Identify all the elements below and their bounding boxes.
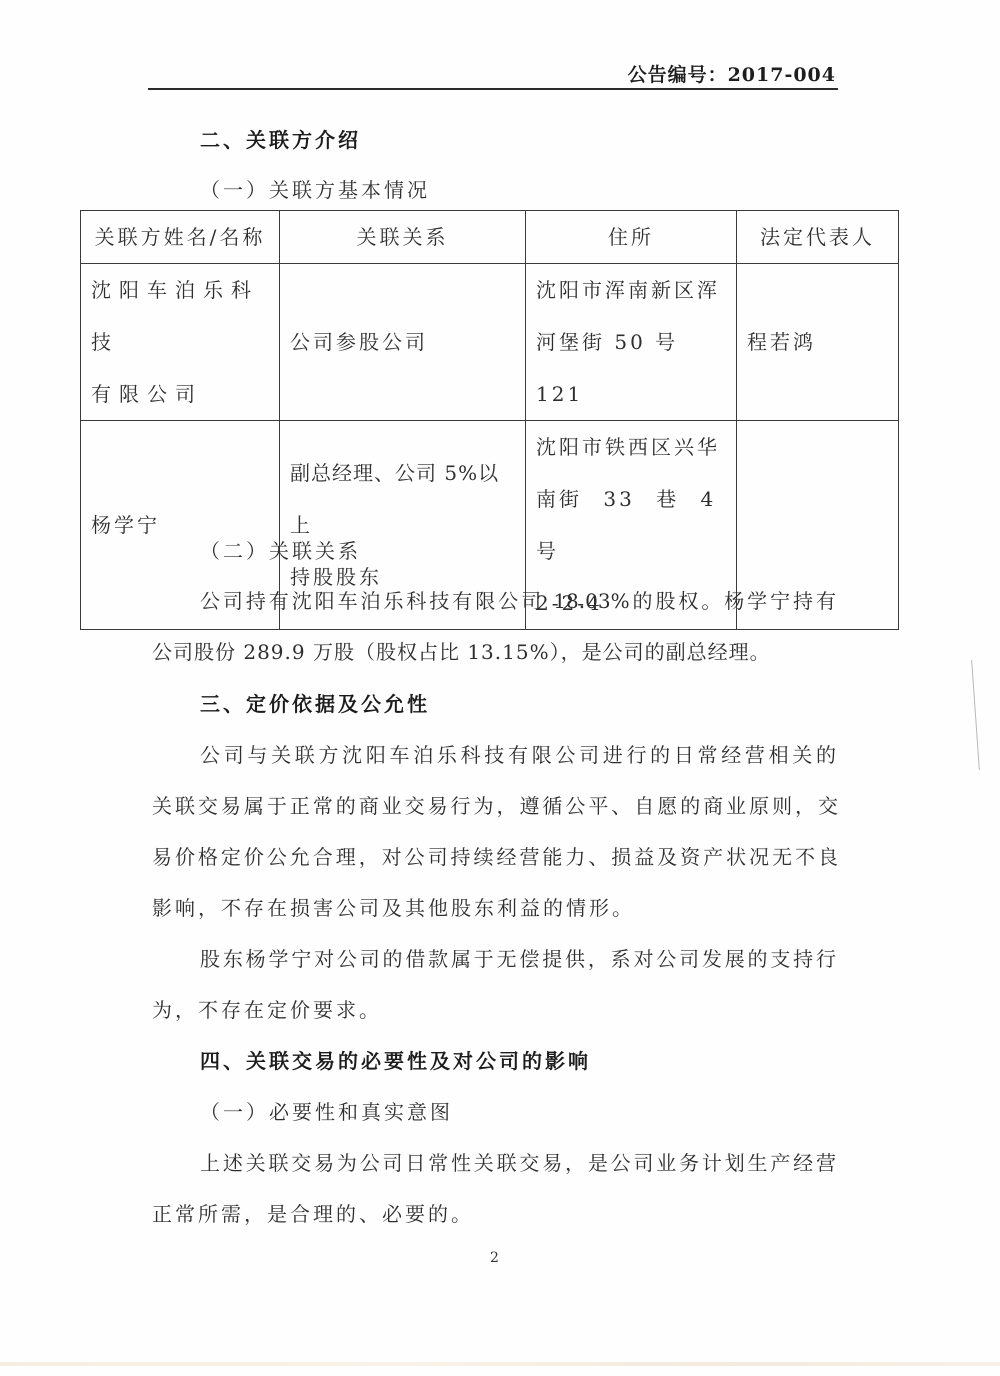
- page-number: 2: [490, 1250, 499, 1266]
- cell-line: 沈阳车泊乐科技: [91, 264, 269, 368]
- header-rule: [148, 88, 838, 90]
- section-2-sub2-title: （二）关联关系: [200, 535, 361, 564]
- col-header-name: 关联方姓名/名称: [81, 211, 280, 264]
- paragraph-line: 关联交易属于正常的商业交易行为，遵循公平、自愿的商业原则，交: [152, 790, 838, 819]
- paragraph-line: 正常所需，是合理的、必要的。: [152, 1198, 474, 1227]
- cell-address: 沈阳市浑南新区浑 河堡街 50 号 121: [526, 264, 737, 421]
- cell-line: 有限公司: [91, 368, 269, 420]
- paragraph-line: 公司与关联方沈阳车泊乐科技有限公司进行的日常经营相关的: [200, 739, 836, 768]
- col-header-legal-rep: 法定代表人: [737, 211, 899, 264]
- paragraph-line: 公司股份 289.9 万股（股权占比 13.15%），是公司的副总经理。: [152, 636, 771, 665]
- paragraph-line: 为，不存在定价要求。: [152, 994, 382, 1023]
- cell-legal-rep: 程若鸿: [737, 264, 899, 421]
- paragraph-line: 易价格定价公允合理，对公司持续经营能力、损益及资产状况无不良: [152, 841, 838, 870]
- cell-line: 公司参股公司: [290, 316, 515, 368]
- related-party-table: 关联方姓名/名称 关联关系 住所 法定代表人 沈阳车泊乐科技 有限公司 公司参股…: [80, 210, 899, 630]
- col-header-address: 住所: [526, 211, 737, 264]
- cell-party-name: 沈阳车泊乐科技 有限公司: [81, 264, 280, 421]
- section-2-sub1-title: （一）关联方基本情况: [200, 174, 430, 203]
- scan-artifact-edge: [0, 1362, 1000, 1366]
- section-3-title: 三、定价依据及公允性: [200, 688, 430, 717]
- table-row: 沈阳车泊乐科技 有限公司 公司参股公司 沈阳市浑南新区浑 河堡街 50 号 12…: [81, 264, 899, 421]
- col-header-relationship: 关联关系: [280, 211, 526, 264]
- section-4-sub1-title: （一）必要性和真实意图: [200, 1096, 453, 1125]
- cell-line: 沈阳市浑南新区浑: [536, 264, 726, 316]
- table-header-row: 关联方姓名/名称 关联关系 住所 法定代表人: [81, 211, 899, 264]
- paragraph-line: 上述关联交易为公司日常性关联交易，是公司业务计划生产经营: [200, 1147, 836, 1176]
- announcement-number: 公告编号：2017-004: [628, 60, 836, 87]
- cell-line: 沈阳市铁西区兴华: [536, 421, 726, 473]
- paragraph-line: 公司持有沈阳车泊乐科技有限公司 18.03%的股权。杨学宁持有: [200, 585, 836, 614]
- cell-line: 河堡街 50 号 121: [536, 316, 726, 420]
- document-page: 公告编号：2017-004 二、关联方介绍 （一）关联方基本情况 关联方姓名/名…: [0, 0, 1000, 1376]
- cell-relationship: 公司参股公司: [280, 264, 526, 421]
- cell-line: 南街 33 巷 4 号: [536, 473, 726, 577]
- paragraph-line: 影响，不存在损害公司及其他股东利益的情形。: [152, 892, 635, 921]
- paragraph-line: 股东杨学宁对公司的借款属于无偿提供，系对公司发展的支持行: [200, 943, 836, 972]
- section-2-title: 二、关联方介绍: [200, 124, 361, 153]
- scan-artifact-mark: [971, 660, 980, 770]
- section-4-title: 四、关联交易的必要性及对公司的影响: [200, 1045, 591, 1074]
